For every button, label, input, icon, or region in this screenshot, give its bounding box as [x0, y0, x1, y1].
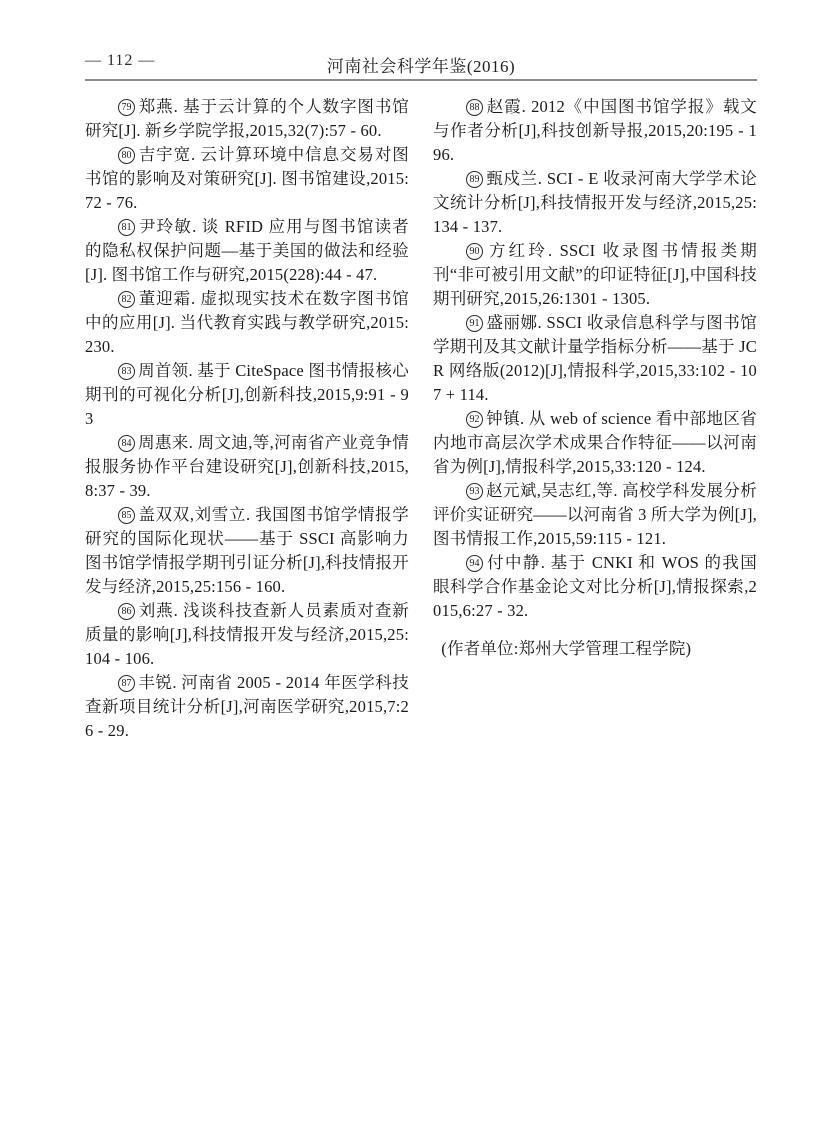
- reference-entry: 85盖双双,刘雪立. 我国图书馆学情报学研究的国际化现状——基于 SSCI 高影…: [85, 503, 409, 599]
- reference-entry: 89甄戍兰. SCI - E 收录河南大学学术论文统计分析[J],科技情报开发与…: [433, 167, 757, 239]
- reference-entry: 91盛丽娜. SSCI 收录信息科学与图书馆学期刊及其文献计量学指标分析——基于…: [433, 311, 757, 407]
- reference-entry: 80吉宇宽. 云计算环境中信息交易对图书馆的影响及对策研究[J]. 图书馆建设,…: [85, 143, 409, 215]
- reference-number: 89: [466, 171, 483, 188]
- reference-number: 86: [118, 603, 135, 620]
- reference-number: 87: [118, 675, 135, 692]
- reference-entry: 82董迎霜. 虚拟现实技术在数字图书馆中的应用[J]. 当代教育实践与教学研究,…: [85, 287, 409, 359]
- reference-number: 91: [466, 315, 483, 332]
- document-page: — 112 — 河南社会科学年鉴(2016) 79郑燕. 基于云计算的个人数字图…: [0, 0, 839, 1135]
- reference-number: 88: [466, 99, 483, 116]
- reference-entry: 87丰锐. 河南省 2005 - 2014 年医学科技查新项目统计分析[J],河…: [85, 671, 409, 743]
- reference-entry: 93赵元斌,吴志红,等. 高校学科发展分析评价实证研究——以河南省 3 所大学为…: [433, 479, 757, 551]
- two-column-layout: 79郑燕. 基于云计算的个人数字图书馆研究[J]. 新乡学院学报,2015,32…: [85, 95, 757, 743]
- reference-number: 84: [118, 435, 135, 452]
- reference-number: 93: [466, 483, 483, 500]
- reference-entry: 84周惠来. 周文迪,等,河南省产业竞争情报服务协作平台建设研究[J],创新科技…: [85, 431, 409, 503]
- reference-number: 81: [118, 219, 135, 236]
- reference-entry: 92钟镇. 从 web of science 看中部地区省内地市高层次学术成果合…: [433, 407, 757, 479]
- reference-number: 82: [118, 291, 135, 308]
- reference-entry: 79郑燕. 基于云计算的个人数字图书馆研究[J]. 新乡学院学报,2015,32…: [85, 95, 409, 143]
- reference-number: 80: [118, 147, 135, 164]
- reference-number: 92: [466, 411, 483, 428]
- reference-number: 83: [118, 363, 135, 380]
- reference-number: 85: [118, 507, 135, 524]
- reference-entry: 88赵霞. 2012《中国图书馆学报》载文与作者分析[J],科技创新导报,201…: [433, 95, 757, 167]
- header-rule: [85, 79, 757, 81]
- reference-number: 94: [466, 555, 483, 572]
- reference-number: 79: [118, 99, 135, 116]
- reference-entry: 90方红玲. SSCI 收录图书情报类期刊“非可被引用文献”的印证特征[J],中…: [433, 239, 757, 311]
- reference-entry: 81尹玲敏. 谈 RFID 应用与图书馆读者的隐私权保护问题—基于美国的做法和经…: [85, 215, 409, 287]
- reference-entry: 83周首领. 基于 CiteSpace 图书情报核心期刊的可视化分析[J],创新…: [85, 359, 409, 431]
- page-title: 河南社会科学年鉴(2016): [85, 52, 757, 77]
- reference-entry: 86刘燕. 浅谈科技查新人员素质对查新质量的影响[J],科技情报开发与经济,20…: [85, 599, 409, 671]
- right-column: 88赵霞. 2012《中国图书馆学报》载文与作者分析[J],科技创新导报,201…: [433, 95, 757, 743]
- page-header: — 112 — 河南社会科学年鉴(2016): [85, 52, 757, 76]
- reference-entry: 94付中静. 基于 CNKI 和 WOS 的我国眼科学合作基金论文对比分析[J]…: [433, 551, 757, 623]
- left-column: 79郑燕. 基于云计算的个人数字图书馆研究[J]. 新乡学院学报,2015,32…: [85, 95, 409, 743]
- reference-number: 90: [466, 243, 483, 260]
- author-affiliation: (作者单位:郑州大学管理工程学院): [433, 637, 757, 661]
